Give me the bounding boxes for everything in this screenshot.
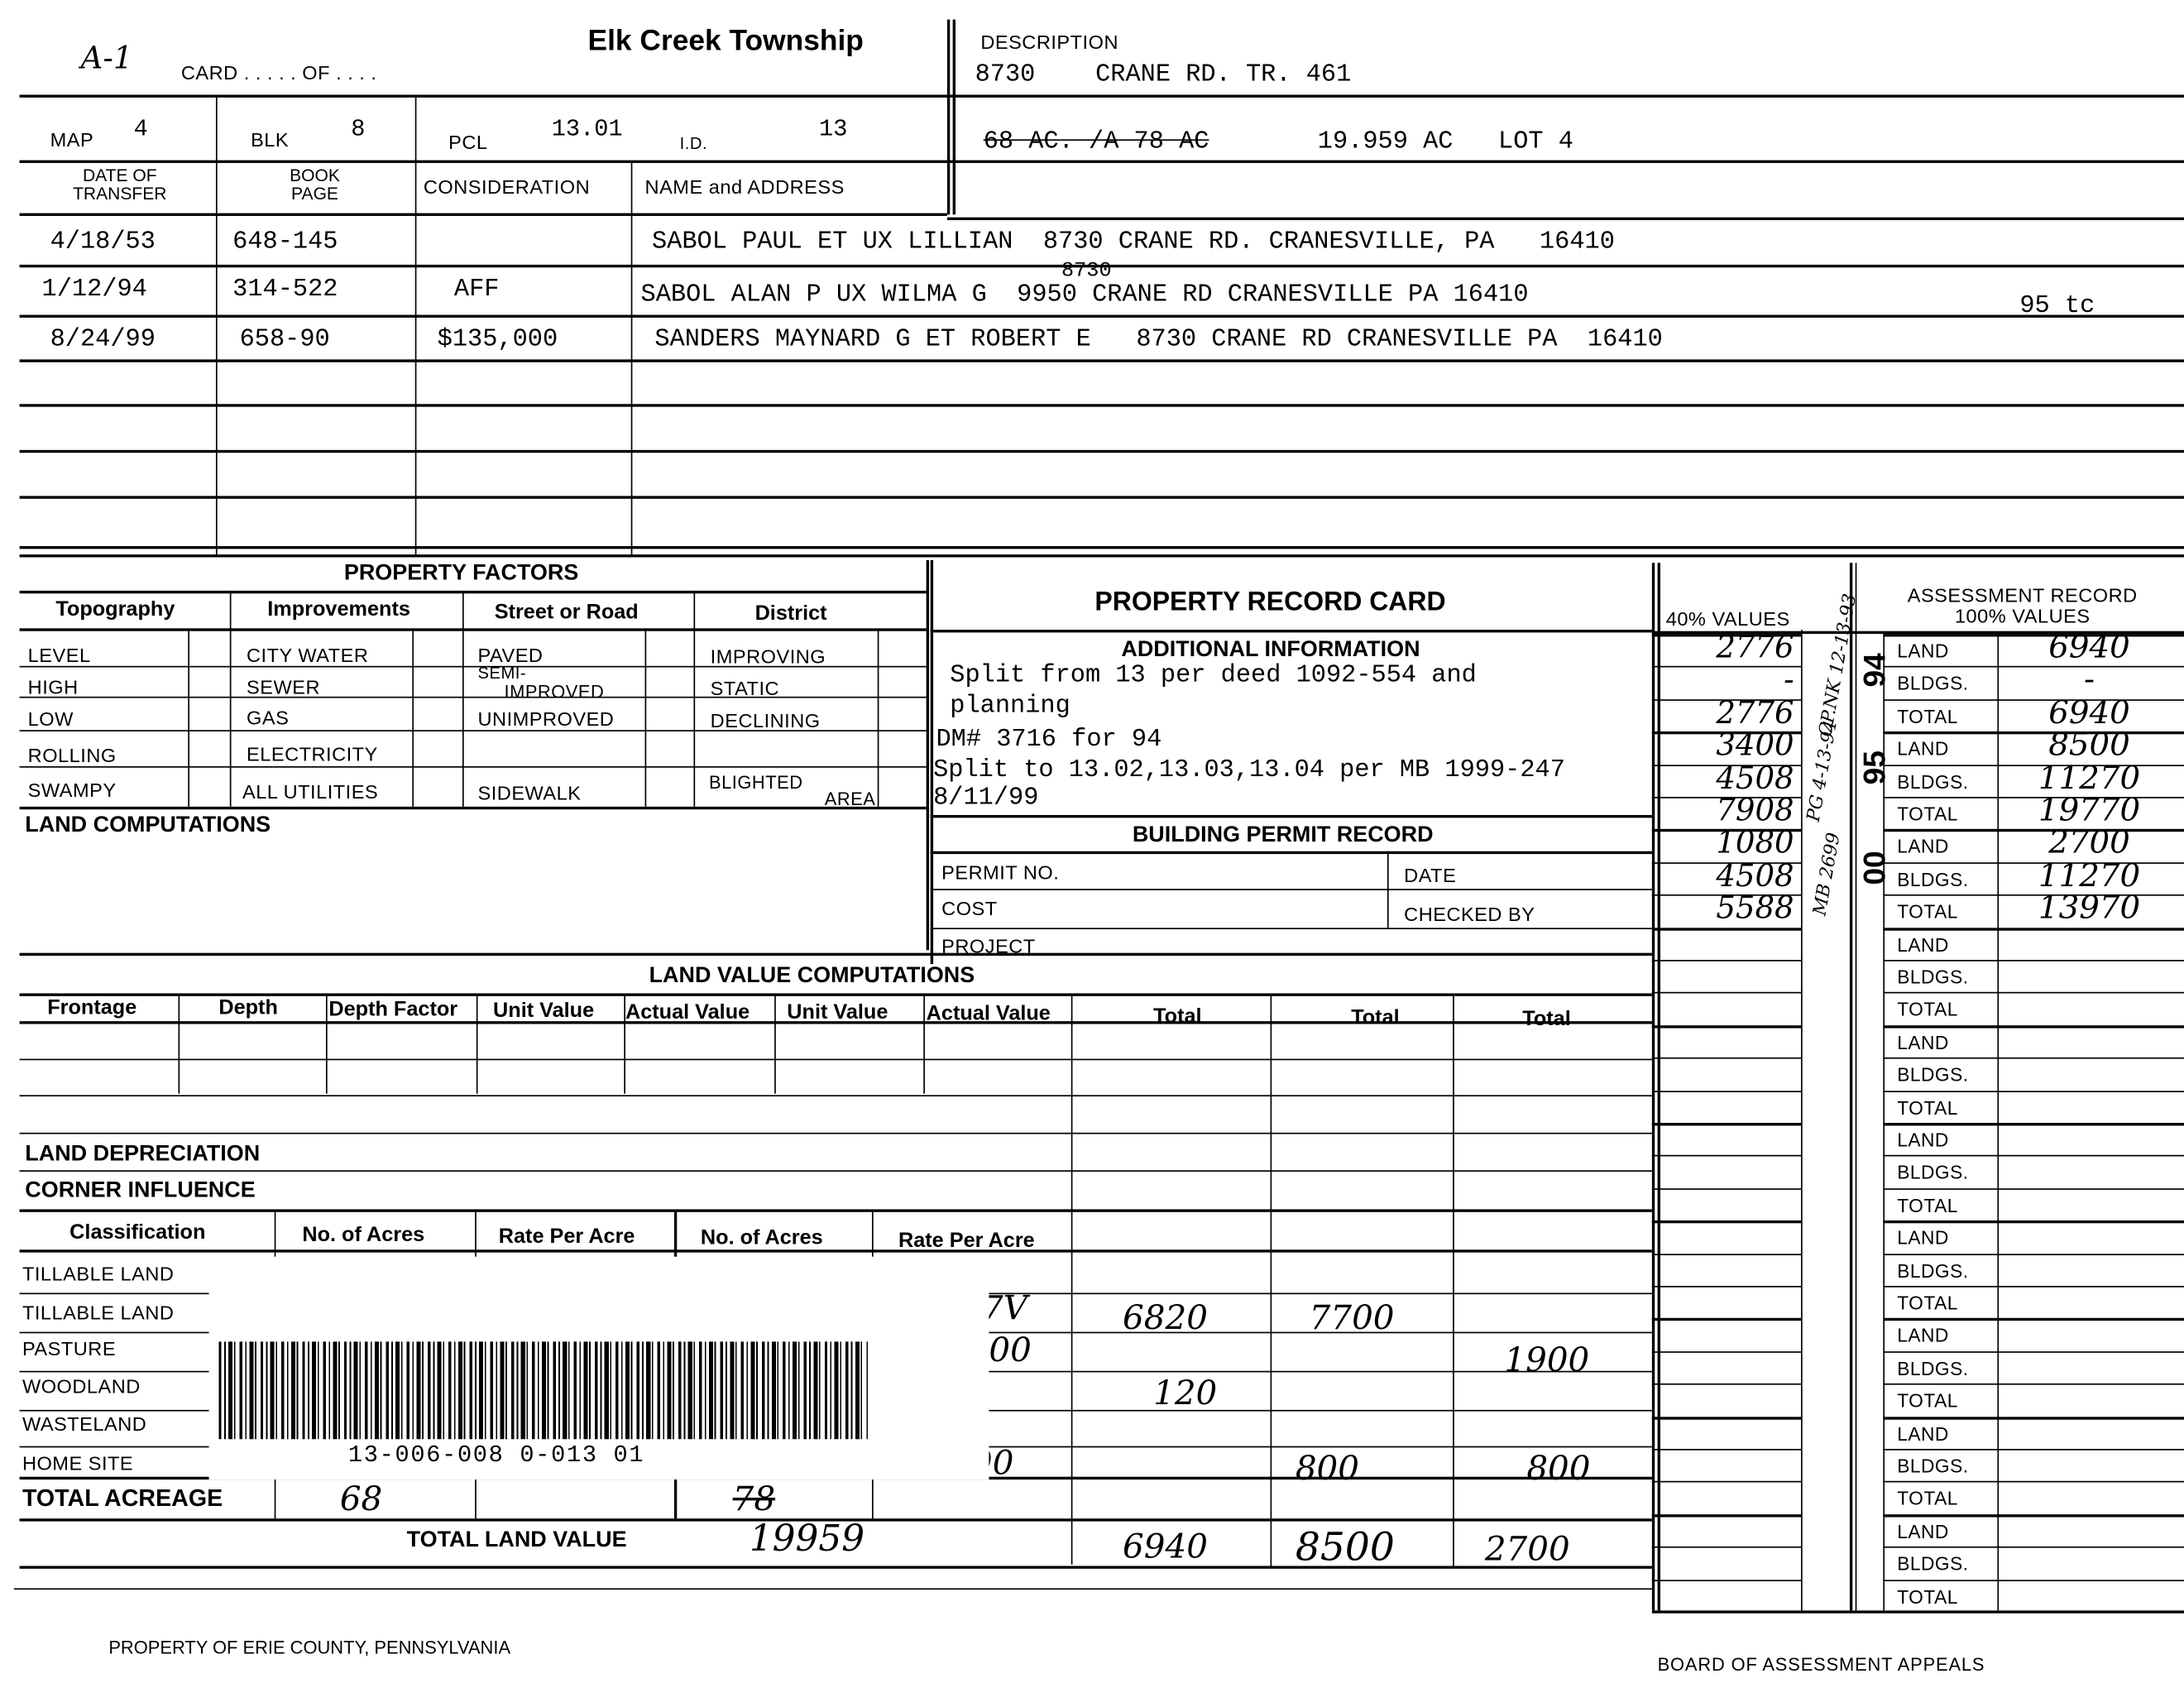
transfer-consideration: AFF (454, 276, 500, 304)
transfer-book-page: 314-522 (232, 276, 338, 304)
assessment-100-values-label: 100% VALUES (1900, 606, 2145, 626)
assessment-row-label: LAND (1897, 739, 1949, 760)
assessment-row-label: BLDGS. (1897, 771, 1968, 792)
footer-county: PROPERTY OF ERIE COUNTY, PENNSYLVANIA (108, 1637, 510, 1657)
consideration-header: CONSIDERATION (424, 175, 590, 198)
lv-header-total-1: Total (1153, 1005, 1201, 1029)
assessment-row-label: TOTAL (1897, 902, 1958, 923)
additional-info-line: Split from 13 per deed 1092-554 and (950, 662, 1477, 690)
acreage-total-2: 800 (1296, 1449, 1359, 1488)
transfer-book-page: 658-90 (240, 326, 330, 354)
assessment-row-label: LAND (1897, 1423, 1949, 1444)
assessment-row-label: TOTAL (1897, 803, 1958, 824)
additional-information-title: ADDITIONAL INFORMATION (1121, 638, 1420, 663)
assessment-row-label: BLDGS. (1897, 1455, 1968, 1476)
acreage-row-label: WOODLAND (22, 1375, 141, 1398)
permit-project-label: PROJECT (941, 935, 1036, 957)
blk-value: 8 (351, 117, 365, 143)
assessment-note: MB 2699 (1810, 832, 1845, 918)
acreage-row-label: TILLABLE LAND (22, 1262, 174, 1284)
street-unimproved: UNIMPROVED (478, 707, 615, 730)
assessment-100-value: 6940 (2019, 695, 2158, 731)
additional-info-line: DM# 3716 for 94 (936, 726, 1161, 754)
acreage-row-label: HOME SITE (22, 1451, 133, 1474)
transfer-name-address: SABOL PAUL ET UX LILLIAN 8730 CRANE RD. … (652, 228, 1615, 257)
assessment-row-label: TOTAL (1897, 1586, 1958, 1607)
assessment-row-label: LAND (1897, 934, 1949, 955)
assessment-row-label: BLDGS. (1897, 1260, 1968, 1281)
description-acreage: 19.959 AC LOT 4 (1318, 128, 1573, 156)
assessment-40-value: 2776 (1671, 697, 1794, 731)
assessment-100-value: 6940 (2019, 630, 2158, 666)
assessment-record-header: ASSESSMENT RECORD 100% VALUES (1900, 585, 2145, 627)
map-value: 4 (134, 117, 148, 143)
acreage-total-3: 800 (1526, 1449, 1590, 1488)
permit-checked-by-label: CHECKED BY (1404, 903, 1535, 925)
transfer-date: 8/24/99 (50, 326, 156, 354)
improvements-city-water: CITY WATER (247, 644, 368, 666)
acreage-header-acres-2: No. of Acres (701, 1226, 823, 1250)
permit-date-label: DATE (1404, 864, 1456, 886)
assessment-row-label: BLDGS. (1897, 1065, 1968, 1086)
property-record-card-title: PROPERTY RECORD CARD (1094, 588, 1445, 619)
assessment-row-label: BLDGS. (1897, 1163, 1968, 1183)
assessment-row-label: TOTAL (1897, 1000, 1958, 1020)
book-header-line2: PAGE (245, 185, 384, 204)
improvements-electricity: ELECTRICITY (247, 742, 378, 765)
transfer-name-address: SANDERS MAYNARD G ET ROBERT E 8730 CRANE… (654, 326, 1663, 354)
township-title: Elk Creek Township (588, 25, 864, 58)
topography-level: LEVEL (28, 644, 91, 666)
transfer-address-correction: 8730 (1061, 259, 1112, 283)
footer-board-of-assessment-appeals: BOARD OF ASSESSMENT APPEALS (1658, 1654, 1985, 1675)
assessment-row-label: BLDGS. (1897, 1358, 1968, 1379)
transfer-name-address: SABOL ALAN P UX WILMA G 9950 CRANE RD CR… (641, 281, 1529, 309)
lv-header-depth: Depth (218, 996, 278, 1020)
property-factors-title: PROPERTY FACTORS (344, 562, 578, 587)
assessment-100-value: - (2019, 662, 2158, 698)
land-value-total-1: 6940 (1123, 1527, 1208, 1566)
assessment-100-value: 2700 (2019, 825, 2158, 861)
assessment-100-value: 8500 (2019, 727, 2158, 764)
date-header-line1: DATE OF (50, 167, 189, 185)
acreage-header-acres-1: No. of Acres (302, 1223, 424, 1247)
property-record-card: A-1 CARD . . . . . OF . . . . Elk Creek … (0, 0, 2184, 1688)
assessment-row-label: BLDGS. (1897, 869, 1968, 890)
acreage-total-3: 1900 (1504, 1340, 1589, 1379)
assessment-row-label: TOTAL (1897, 1391, 1958, 1412)
total-acreage-label: TOTAL ACREAGE (22, 1485, 223, 1513)
assessment-row-label: LAND (1897, 1228, 1949, 1249)
land-depreciation-label: LAND DEPRECIATION (25, 1143, 260, 1168)
assessment-row-label: BLDGS. (1897, 674, 1968, 694)
acreage-header-classification: Classification (69, 1220, 205, 1244)
barcode (218, 1341, 868, 1439)
lv-header-total-2: Total (1351, 1006, 1399, 1030)
land-value-computations-title: LAND VALUE COMPUTATIONS (649, 964, 975, 989)
total-land-value: 19959 (750, 1518, 864, 1561)
topography-high: HIGH (28, 676, 79, 698)
improvements-header: Improvements (267, 597, 410, 621)
land-value-total-2: 8500 (1296, 1524, 1395, 1571)
assessment-row-label: TOTAL (1897, 1195, 1958, 1216)
pcl-label: PCL (448, 131, 487, 153)
assessment-row-label: TOTAL (1897, 1292, 1958, 1313)
acreage-header-rate-1: Rate Per Acre (499, 1225, 635, 1249)
land-computations-label: LAND COMPUTATIONS (25, 813, 271, 838)
book-header-line1: BOOK (245, 167, 384, 185)
district-improving: IMPROVING (711, 645, 826, 668)
assessment-40-value: 4508 (1671, 860, 1794, 894)
assessment-40-value: 5588 (1671, 892, 1794, 927)
assessment-row-label: TOTAL (1897, 1097, 1958, 1118)
name-address-header: NAME and ADDRESS (645, 175, 845, 198)
improvements-all-utilities: ALL UTILITIES (242, 780, 378, 803)
total-acreage-1: 68 (340, 1479, 382, 1518)
topography-header: Topography (55, 597, 175, 621)
card-handwritten-mark: A-1 (81, 42, 133, 77)
acreage-rate: 00 (989, 1331, 1031, 1369)
acreage-row-label: PASTURE (22, 1337, 116, 1360)
transfer-date: 4/18/53 (50, 228, 156, 257)
description-acreage-struck: 68 AC. /A 78 AC (984, 128, 1209, 156)
permit-cost-label: COST (941, 897, 998, 919)
district-blighted: BLIGHTED (709, 772, 803, 793)
blk-label: BLK (251, 128, 289, 151)
assessment-year-95: 95 (1857, 750, 1894, 784)
lv-header-depth-factor: Depth Factor (328, 998, 457, 1022)
land-value-total-3: 2700 (1485, 1530, 1570, 1569)
assessment-100-value: 19770 (2019, 793, 2158, 829)
transfer-book-page: 648-145 (232, 228, 338, 257)
date-header-line2: TRANSFER (50, 185, 189, 204)
id-value: 13 (819, 117, 847, 143)
assessment-row-label: LAND (1897, 1129, 1949, 1150)
district-header: District (755, 602, 827, 626)
permit-no-label: PERMIT NO. (941, 861, 1059, 884)
topography-low: LOW (28, 707, 74, 730)
improvements-sewer: SEWER (247, 676, 320, 698)
acreage-row-label: TILLABLE LAND (22, 1302, 174, 1324)
additional-info-line: planning (950, 693, 1070, 721)
map-label: MAP (50, 128, 94, 151)
assessment-row-label: TOTAL (1897, 1489, 1958, 1509)
barcode-parcel-number: 13-006-008 0-013 01 (348, 1443, 644, 1470)
date-of-transfer-header: DATE OF TRANSFER (50, 167, 189, 204)
assessment-row-label: LAND (1897, 1326, 1949, 1346)
book-page-header: BOOK PAGE (245, 167, 384, 204)
assessment-40-value: 3400 (1671, 729, 1794, 764)
assessment-year-94: 94 (1857, 653, 1894, 687)
assessment-note: PG 4-13-94 (1803, 719, 1842, 823)
lv-header-frontage: Frontage (47, 996, 136, 1020)
acreage-total-1: 120 (1153, 1374, 1217, 1412)
assessment-100-value: 11270 (2019, 760, 2158, 797)
additional-info-line: Split to 13.02,13.03,13.04 per MB 1999-2… (933, 756, 1565, 784)
assessment-100-value: 13970 (2019, 890, 2158, 927)
topography-rolling: ROLLING (28, 744, 117, 766)
building-permit-record-title: BUILDING PERMIT RECORD (1133, 823, 1434, 848)
district-declining: DECLINING (711, 709, 821, 731)
lv-header-unit-value-1: Unit Value (493, 999, 594, 1023)
total-land-value-label: TOTAL LAND VALUE (407, 1528, 627, 1553)
card-of-label: CARD . . . . . OF . . . . (181, 61, 377, 84)
assessment-100-value: 11270 (2019, 858, 2158, 894)
description-address: 8730 CRANE RD. TR. 461 (975, 61, 1352, 89)
topography-swampy: SWAMPY (28, 779, 117, 801)
assessment-40-value: 4508 (1671, 761, 1794, 796)
assessment-40-value: 1080 (1671, 827, 1794, 861)
forty-percent-values-label: 40% VALUES (1666, 607, 1790, 630)
street-road-header: Street or Road (495, 601, 639, 625)
assessment-row-label: LAND (1897, 1521, 1949, 1542)
assessment-row-label: TOTAL (1897, 706, 1958, 727)
assessment-row-label: LAND (1897, 837, 1949, 857)
assessment-40-value: 2776 (1671, 631, 1794, 666)
assessment-40-value: - (1671, 664, 1794, 698)
assessment-row-label: BLDGS. (1897, 966, 1968, 987)
transfer-consideration: $135,000 (438, 326, 558, 354)
lv-header-total-3: Total (1522, 1007, 1570, 1031)
street-sidewalk: SIDEWALK (478, 782, 582, 804)
assessment-note: CP.NK 12-13-93 (1816, 592, 1861, 739)
assessment-40-value: 7908 (1671, 794, 1794, 829)
description-label: DESCRIPTION (980, 31, 1118, 53)
improvements-gas: GAS (247, 707, 289, 729)
assessment-row-label: BLDGS. (1897, 1554, 1968, 1575)
assessment-record-title: ASSESSMENT RECORD (1900, 585, 2145, 606)
assessment-row-label: LAND (1897, 641, 1949, 662)
pcl-value: 13.01 (552, 117, 623, 143)
corner-influence-label: CORNER INFLUENCE (25, 1178, 255, 1203)
assessment-year-00: 00 (1857, 851, 1894, 885)
transfer-date: 1/12/94 (42, 276, 147, 304)
id-label: I.D. (680, 134, 707, 154)
additional-info-line: 8/11/99 (933, 784, 1038, 813)
street-semi-improved: IMPROVED (504, 681, 604, 702)
assessment-row-label: LAND (1897, 1032, 1949, 1053)
total-acreage-2: 78 (733, 1479, 775, 1518)
acreage-row-label: WASTELAND (22, 1412, 146, 1435)
